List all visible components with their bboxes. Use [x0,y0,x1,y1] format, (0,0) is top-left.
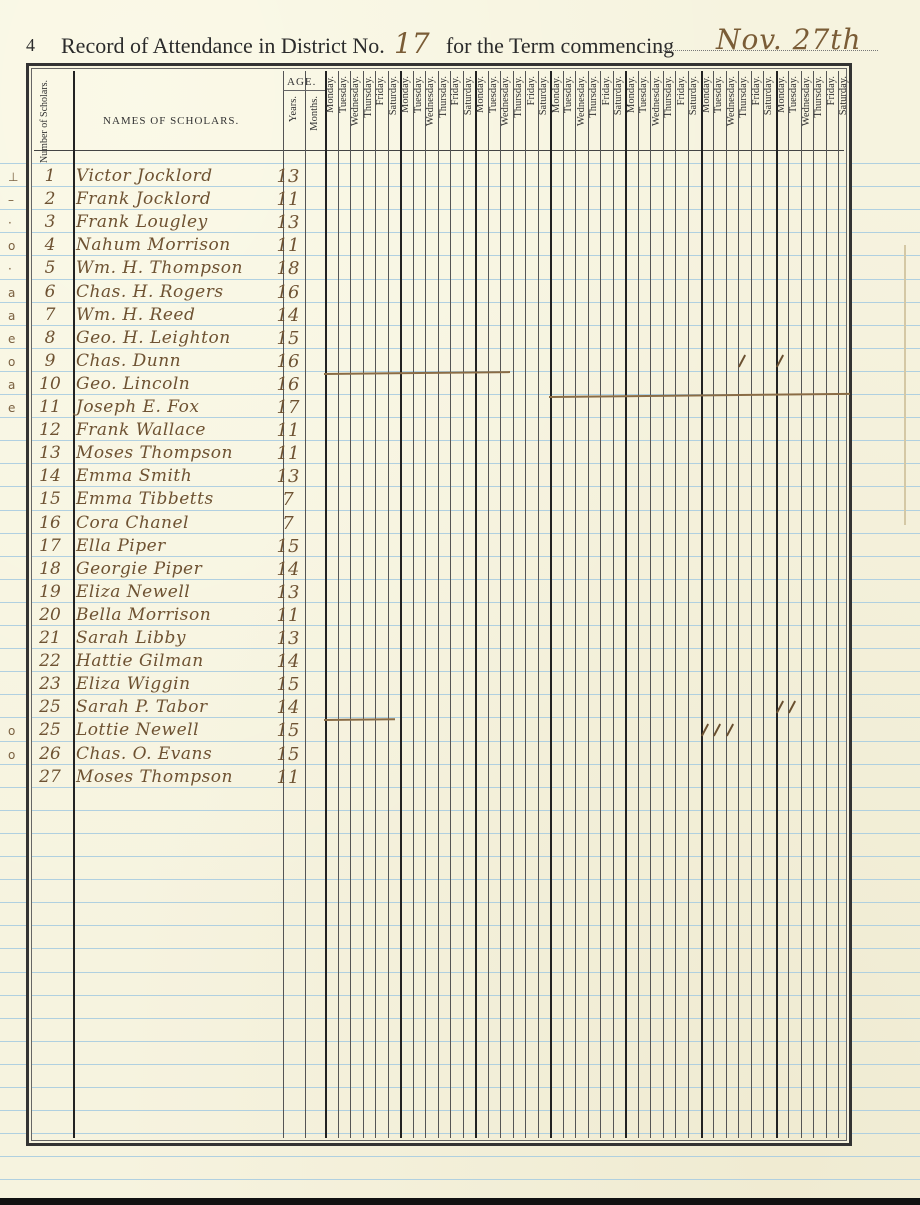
district-number: 17 [394,27,430,60]
margin-tally-mark: · [8,216,12,230]
weekday-header-tuesday: Tuesday. [563,76,574,113]
weekday-header-monday: Monday. [776,76,787,113]
scholar-name: Chas. O. Evans [76,744,212,764]
weekday-header-thursday: Thursday. [588,76,599,118]
weekday-header-thursday: Thursday. [663,76,674,118]
day-divider [600,71,601,1138]
weekday-header-wednesday: Wednesday. [726,76,737,126]
weekday-header-tuesday: Tuesday. [338,76,349,113]
day-divider [425,71,426,1138]
scholar-number: 26 [30,744,70,764]
scholar-age-years: 17 [276,397,300,418]
scholar-name: Cora Chanel [76,513,189,533]
weekday-header-wednesday: Wednesday. [350,76,361,126]
day-divider [525,71,526,1138]
weekday-header-tuesday: Tuesday. [488,76,499,113]
scholar-age-years: 16 [276,351,300,372]
ruled-line [0,1156,920,1157]
weekday-header-thursday: Thursday. [738,76,749,118]
scholar-number: 27 [30,767,70,787]
day-divider [675,71,676,1138]
column-divider [73,71,75,1138]
day-divider [738,71,739,1138]
scholar-name: Ella Piper [76,536,166,556]
scholar-number: 22 [30,651,70,671]
margin-tally-mark: · [8,262,12,276]
weekday-header-saturday: Saturday. [763,76,774,115]
scholar-name: Eliza Newell [76,582,190,602]
day-divider [726,71,727,1138]
header-divider [34,150,844,151]
scholar-number: 2 [30,189,70,209]
day-divider [751,71,752,1138]
weekday-header-wednesday: Wednesday. [576,76,587,126]
day-divider [338,71,339,1138]
margin-tally-mark: e [8,401,15,415]
day-divider [388,71,389,1138]
week-divider [400,71,402,1138]
margin-tally-mark: o [8,239,15,253]
scholar-number: 17 [30,536,70,556]
scholar-number: 15 [30,489,70,509]
margin-tally-mark: o [8,355,15,369]
weekday-header-monday: Monday. [400,76,411,113]
day-divider [650,71,651,1138]
scholar-age-years: 11 [276,767,300,788]
years-header: Years. [288,96,299,122]
weekday-header-saturday: Saturday. [463,76,474,115]
scholar-number: 20 [30,605,70,625]
ruled-line [0,1179,920,1180]
weekday-header-saturday: Saturday. [388,76,399,115]
scholar-age-years: 7 [276,513,300,534]
scholar-name: Geo. Lincoln [76,374,190,394]
weekday-header-saturday: Saturday. [613,76,624,115]
page-title: Record of Attendance in District No. for… [61,33,674,59]
scholar-number: 19 [30,582,70,602]
scholar-name: Frank Wallace [76,420,206,440]
margin-tally-mark: o [8,748,15,762]
scholar-age-years: 11 [276,605,300,626]
day-divider [538,71,539,1138]
day-divider [763,71,764,1138]
weekday-header-tuesday: Tuesday. [788,76,799,113]
scholar-number: 8 [30,328,70,348]
scholar-number: 14 [30,466,70,486]
scholar-name: Chas. H. Rogers [76,282,224,302]
months-header: Months. [309,96,320,131]
scholar-age-years: 11 [276,443,300,464]
weekday-header-friday: Friday. [450,76,461,105]
scholar-name: Moses Thompson [76,767,233,787]
weekday-header-thursday: Thursday. [438,76,449,118]
page-fold-crease [904,245,906,525]
scholar-number: 23 [30,674,70,694]
margin-tally-mark: a [8,286,15,300]
scholar-name: Wm. H. Reed [76,305,195,325]
day-divider [713,71,714,1138]
scholar-number: 10 [30,374,70,394]
title-part2: for the Term commencing [446,33,674,59]
scholar-name: Geo. H. Leighton [76,328,231,348]
day-divider [488,71,489,1138]
day-divider [350,71,351,1138]
scholar-number: 13 [30,443,70,463]
scholar-number: 4 [30,235,70,255]
scholar-name: Sarah P. Tabor [76,697,208,717]
margin-tally-mark: o [8,724,15,738]
week-divider [701,71,703,1138]
scholar-age-years: 15 [276,744,300,765]
margin-tally-mark: – [8,193,14,207]
age-header: AGE. [287,76,316,88]
scholar-age-years: 14 [276,697,300,718]
day-divider [438,71,439,1138]
names-of-scholars-header: NAMES OF SCHOLARS. [103,115,239,127]
scholar-number: 1 [30,166,70,186]
weekday-header-monday: Monday. [325,76,336,113]
scholar-number: 16 [30,513,70,533]
day-divider [838,71,839,1138]
day-divider [463,71,464,1138]
scholar-age-years: 11 [276,420,300,441]
day-divider [588,71,589,1138]
scholar-name: Victor Jocklord [76,166,213,186]
scholar-number: 18 [30,559,70,579]
scholar-name: Joseph E. Fox [76,397,199,417]
weekday-header-wednesday: Wednesday. [425,76,436,126]
day-divider [375,71,376,1138]
scholar-age-years: 14 [276,305,300,326]
weekday-header-wednesday: Wednesday. [500,76,511,126]
weekday-header-friday: Friday. [375,76,386,105]
week-divider [776,71,778,1138]
scholar-name: Emma Smith [76,466,192,486]
scholar-age-years: 13 [276,628,300,649]
scholar-number: 21 [30,628,70,648]
scholar-number: 5 [30,258,70,278]
margin-tally-mark: ⊥ [8,170,18,184]
scholar-age-years: 7 [276,489,300,510]
scholar-age-years: 14 [276,651,300,672]
day-divider [575,71,576,1138]
scholar-age-years: 11 [276,235,300,256]
scholar-name: Sarah Libby [76,628,186,648]
day-divider [513,71,514,1138]
scholar-age-years: 15 [276,536,300,557]
scholar-age-years: 13 [276,466,300,487]
weekday-header-monday: Monday. [701,76,712,113]
weekday-header-tuesday: Tuesday. [413,76,424,113]
scholar-number: 12 [30,420,70,440]
scholar-number: 6 [30,282,70,302]
day-divider [801,71,802,1138]
weekday-header-monday: Monday. [551,76,562,113]
day-divider [363,71,364,1138]
day-divider [826,71,827,1138]
scholar-age-years: 15 [276,674,300,695]
week-divider [550,71,552,1138]
age-underline [283,90,325,91]
day-divider [563,71,564,1138]
weekday-header-monday: Monday. [626,76,637,113]
weekday-header-saturday: Saturday. [688,76,699,115]
day-divider [638,71,639,1138]
weekday-header-saturday: Saturday. [838,76,849,115]
scholar-name: Emma Tibbetts [76,489,214,509]
number-of-scholars-header: Number of Scholars. [39,80,63,163]
week-divider [325,71,327,1138]
day-divider [413,71,414,1138]
scholar-number: 25 [30,697,70,717]
ledger-page: 4 Record of Attendance in District No. f… [0,0,920,1198]
scholar-name: Lottie Newell [76,720,199,740]
scholar-age-years: 18 [276,258,300,279]
term-commencing-value: Nov. 27th [716,23,862,56]
scholar-age-years: 11 [276,189,300,210]
scholar-name: Wm. H. Thompson [76,258,243,278]
scholar-number: 7 [30,305,70,325]
scholar-age-years: 13 [276,582,300,603]
margin-tally-mark: a [8,309,15,323]
weekday-header-friday: Friday. [601,76,612,105]
weekday-header-thursday: Thursday. [813,76,824,118]
week-divider [475,71,477,1138]
day-divider [613,71,614,1138]
scholar-age-years: 14 [276,559,300,580]
scholar-age-years: 15 [276,720,300,741]
scholar-name: Chas. Dunn [76,351,181,371]
scholar-name: Moses Thompson [76,443,233,463]
page-header: 4 Record of Attendance in District No. f… [26,33,886,59]
weekday-header-monday: Monday. [475,76,486,113]
scholar-age-years: 15 [276,328,300,349]
weekday-header-wednesday: Wednesday. [651,76,662,126]
week-divider [625,71,627,1138]
page-number: 4 [26,35,35,56]
scholar-age-years: 16 [276,374,300,395]
scholar-name: Frank Jocklord [76,189,211,209]
weekday-header-saturday: Saturday. [538,76,549,115]
weekday-header-thursday: Thursday. [363,76,374,118]
column-divider [305,71,306,1138]
weekday-header-wednesday: Wednesday. [801,76,812,126]
day-divider [813,71,814,1138]
scholar-name: Nahum Morrison [76,235,231,255]
day-divider [450,71,451,1138]
scholar-name: Hattie Gilman [76,651,204,671]
day-divider [500,71,501,1138]
margin-tally-mark: a [8,378,15,392]
title-part1: Record of Attendance in District No. [61,33,385,59]
scholar-age-years: 13 [276,212,300,233]
scholar-number: 9 [30,351,70,371]
weekday-header-thursday: Thursday. [513,76,524,118]
weekday-header-friday: Friday. [751,76,762,105]
scholar-number: 11 [30,397,70,417]
scholar-name: Bella Morrison [76,605,211,625]
weekday-header-tuesday: Tuesday. [713,76,724,113]
day-divider [663,71,664,1138]
scholar-number: 25 [30,720,70,740]
margin-tally-mark: e [8,332,15,346]
weekday-header-friday: Friday. [826,76,837,105]
scholar-age-years: 16 [276,282,300,303]
day-divider [688,71,689,1138]
day-divider [788,71,789,1138]
scholar-name: Georgie Piper [76,559,202,579]
weekday-header-friday: Friday. [526,76,537,105]
scholar-number: 3 [30,212,70,232]
weekday-header-tuesday: Tuesday. [638,76,649,113]
scholar-age-years: 13 [276,166,300,187]
weekday-header-friday: Friday. [676,76,687,105]
scholar-name: Eliza Wiggin [76,674,191,694]
scholar-name: Frank Lougley [76,212,208,232]
